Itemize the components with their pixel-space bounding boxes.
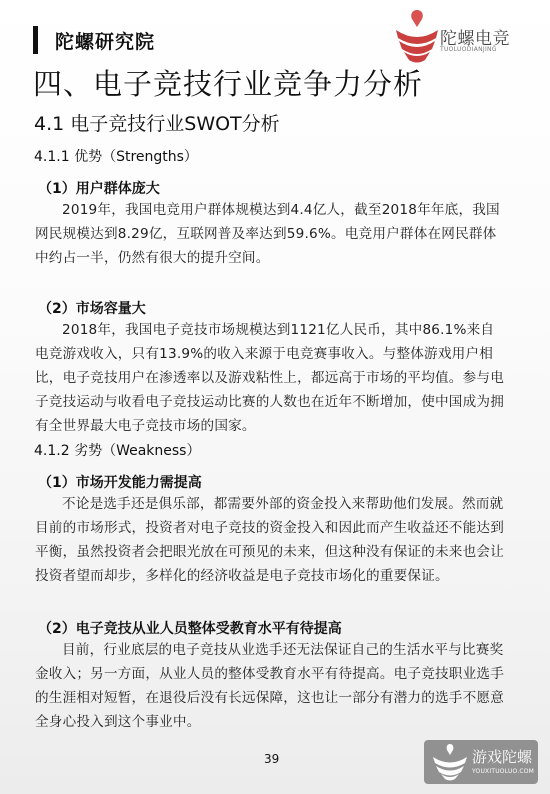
spinning-top-icon [394,8,440,66]
weakness-2-text: 目前，行业底层的电子竞技从业选手还无法保证自己的生活水平与比赛奖金收入；另一方面… [35,638,505,734]
header-accent-bar [33,26,38,54]
strength-1-text: 2019年，我国电竞用户群体规模达到4.4亿人，截至2018年年底，我国网民规模… [35,198,505,270]
strengths-heading: 4.1.1 优势（Strengths） [34,146,198,166]
document-page: 陀螺研究院 陀螺电竞 TUOLUODIANJING 四、电子竞技行业竞争力分析 … [0,0,550,794]
watermark-logo: 游戏陀螺 YOUXITUOLUO.COM [424,740,538,784]
weakness-1-text: 不论是选手还是俱乐部，都需要外部的资金投入来帮助他们发展。然而就目前的市场形式，… [35,492,505,588]
page-number: 39 [264,752,279,766]
strength-1-title: （1）用户群体庞大 [38,178,160,198]
watermark-subtext: YOUXITUOLUO.COM [472,768,534,775]
header-title: 陀螺研究院 [55,27,155,54]
weakness-2-title: （2）电子竞技从业人员整体受教育水平有待提高 [38,618,342,638]
logo-subtext: TUOLUODIANJING [440,46,497,53]
weakness-heading: 4.1.2 劣势（Weakness） [34,440,200,460]
strength-2-text: 2018年，我国电子竞技市场规模达到1121亿人民币，其中86.1%来自电竞游戏… [35,318,505,438]
brand-logo: 陀螺电竞 TUOLUODIANJING [394,8,544,66]
chapter-title: 四、电子竞技行业竞争力分析 [33,62,423,103]
strength-2-title: （2）市场容量大 [38,298,146,318]
weakness-1-title: （1）市场开发能力需提高 [38,472,202,492]
watermark-text: 游戏陀螺 [472,746,532,767]
spinning-top-icon [430,742,470,782]
section-title: 4.1 电子竞技行业SWOT分析 [34,109,280,136]
